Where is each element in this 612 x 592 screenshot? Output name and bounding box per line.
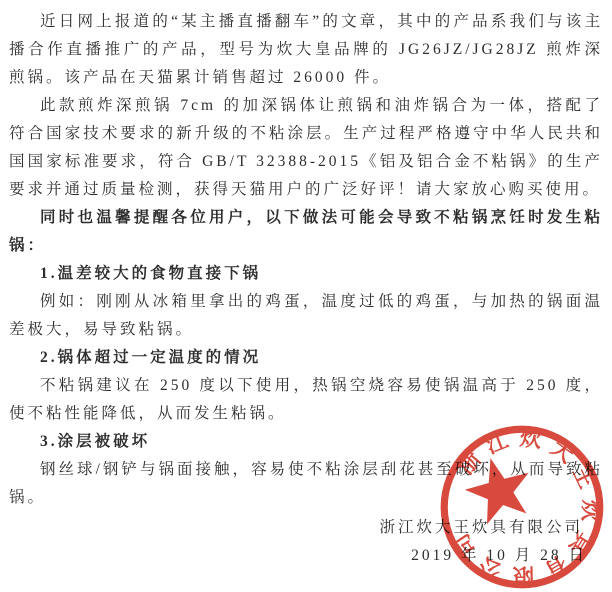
reminder-paragraph: 同时也温馨提醒各位用户，以下做法可能会导致不粘锅烹饪时发生粘锅： <box>9 204 603 260</box>
product-quality-paragraph: 此款煎炸深煎锅 7cm 的加深锅体让煎锅和油炸锅合为一体，搭配了符合国家技术要求… <box>9 92 603 204</box>
cause-1-heading: 1.温差较大的食物直接下锅 <box>9 260 603 288</box>
intro-paragraph: 近日网上报道的“某主播直播翻车”的文章，其中的产品系我们与该主播合作直播推广的产… <box>9 8 603 92</box>
cause-2-heading: 2.锅体超过一定温度的情况 <box>9 344 603 372</box>
company-seal: 浙江炊大王炊具有限公司 <box>434 422 610 592</box>
cause-2-paragraph: 不粘锅建议在 250 度以下使用，热锅空烧容易使锅温高于 250 度，使不粘性能… <box>9 372 603 428</box>
cause-1-paragraph: 例如：刚刚从冰箱里拿出的鸡蛋，温度过低的鸡蛋，与加热的锅面温差极大，易导致粘锅。 <box>9 288 603 344</box>
